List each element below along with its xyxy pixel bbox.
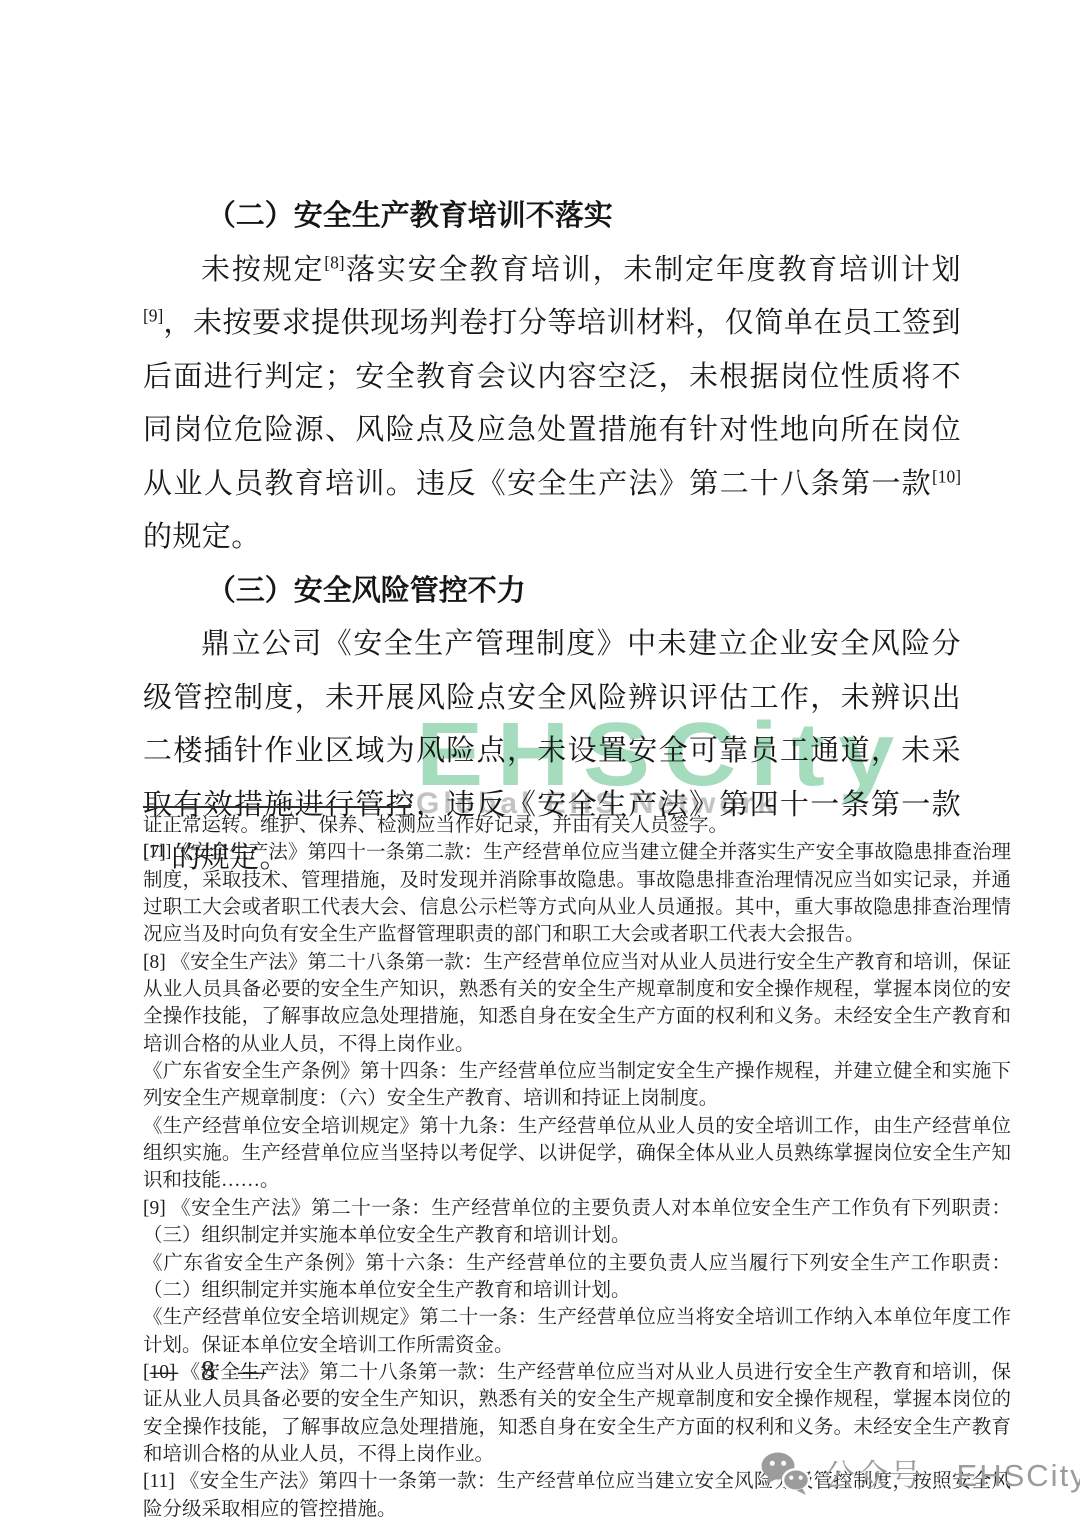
footnote-entry: 《生产经营单位安全培训规定》第二十一条：生产经营单位应当将安全培训工作纳入本单位… — [143, 1304, 1011, 1359]
footnote-separator — [143, 806, 411, 808]
document-body: （二）安全生产教育培训不落实 未按规定[8]落实安全教育培训，未制定年度教育培训… — [143, 190, 961, 886]
footnote-entry: 《广东省安全生产条例》第十六条：生产经营单位的主要负责人应当履行下列安全生产工作… — [143, 1250, 1011, 1305]
footnote-reference: [9] — [143, 305, 163, 325]
section-heading-2: （二）安全生产教育培训不落实 — [143, 190, 961, 244]
page-number: — 8 — — [150, 1356, 274, 1388]
wechat-account-badge: 公众号 · EHSCity — [760, 1450, 1080, 1495]
wechat-account-label: 公众号 · EHSCity — [824, 1450, 1080, 1495]
footnote-reference: [10] — [932, 466, 961, 486]
footnote-entry: 《广东省安全生产条例》第十四条：生产经营单位应当制定安全生产操作规程，并建立健全… — [143, 1058, 1011, 1113]
footnote-entry: 《生产经营单位安全培训规定》第十九条：生产经营单位从业人员的安全培训工作，由生产… — [143, 1113, 1011, 1195]
footnotes-block: 证正常运转。维护、保养、检测应当作好记录，并由有关人员签字。[7] 《安全生产法… — [143, 812, 1011, 1523]
document-page: EHSCity Global EHS Network （二）安全生产教育培训不落… — [0, 0, 1080, 1528]
footnote-reference: [8] — [324, 252, 344, 272]
wechat-icon — [760, 1451, 812, 1495]
footnote-entry: [8] 《安全生产法》第二十八条第一款：生产经营单位应当对从业人员进行安全生产教… — [143, 949, 1011, 1058]
footnote-entry: [7] 《安全生产法》第四十一条第二款：生产经营单位应当建立健全并落实生产安全事… — [143, 839, 1011, 948]
footnote-entry: [9] 《安全生产法》第二十一条：生产经营单位的主要负责人对本单位安全生产工作负… — [143, 1195, 1011, 1250]
section-heading-3: （三）安全风险管控不力 — [143, 565, 961, 619]
footnote-entry: 证正常运转。维护、保养、检测应当作好记录，并由有关人员签字。 — [143, 812, 1011, 839]
section-2-paragraph: 未按规定[8]落实安全教育培训，未制定年度教育培训计划[9]，未按要求提供现场判… — [143, 244, 961, 565]
